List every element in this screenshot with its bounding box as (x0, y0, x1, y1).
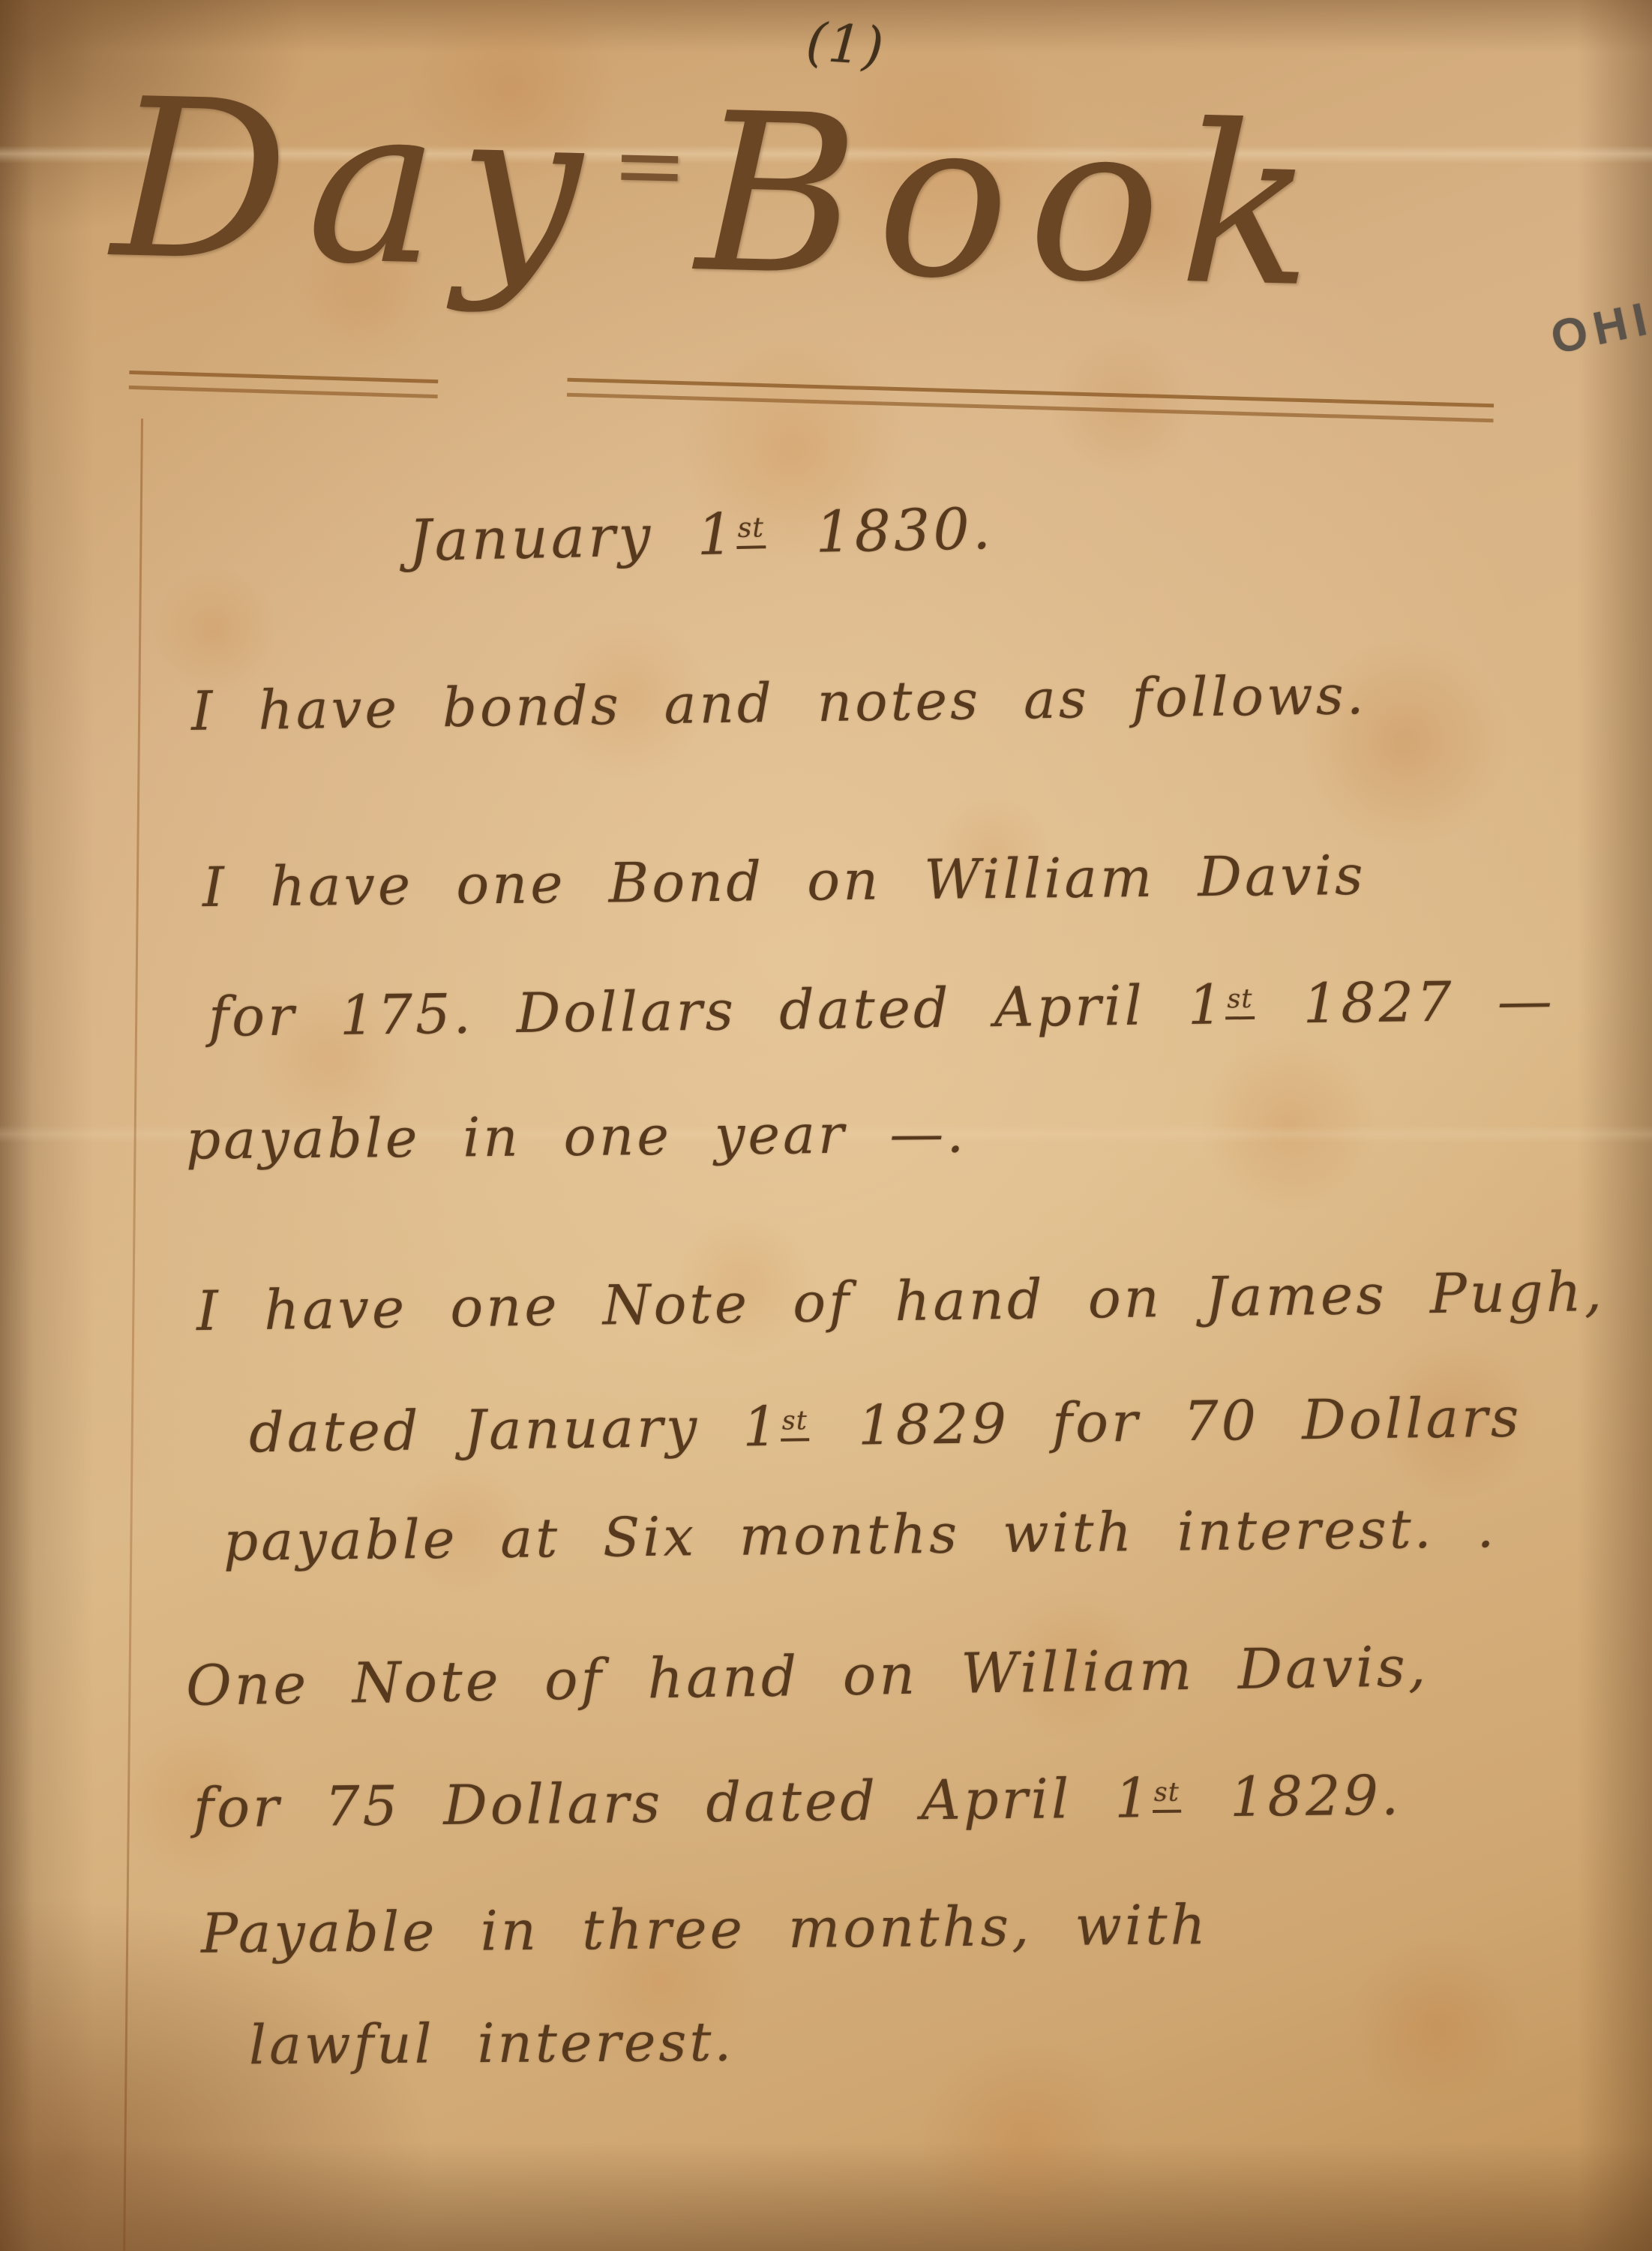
title-word-book: Book (694, 65, 1336, 336)
note-davis-line1: One Note of hand on William Davis, (185, 1634, 1429, 1718)
title-underline-right (567, 378, 1494, 423)
title-underline-left (129, 371, 439, 398)
bond-davis-line2: for 175. Dollars dated April 1st 1827 — (208, 969, 1556, 1049)
note-pugh-line2: dated January 1st 1829 for 70 Dollars (249, 1386, 1522, 1466)
note-pugh-line2-rest: 1829 for 70 Dollars (814, 1386, 1522, 1459)
note-davis-line2: for 75 Dollars dated April 1st 1829. (193, 1764, 1402, 1841)
note-pugh-line1: I have one Note of hand on James Pugh, (196, 1260, 1605, 1343)
note-pugh-line3: payable at Six months with interest. . (223, 1496, 1498, 1573)
title-word-day: Day (109, 51, 604, 318)
bond-davis-ordinal: st (1225, 983, 1255, 1019)
date-heading: January 1st 1830. (408, 495, 994, 574)
bond-davis-line1: I have one Bond on William Davis (202, 844, 1366, 920)
note-davis-line4: lawful interest. (249, 2010, 735, 2077)
intro-line: I have bonds and notes as follows. (190, 663, 1367, 743)
margin-rule-line (123, 419, 143, 2251)
bond-davis-line3: payable in one year —. (186, 1101, 967, 1171)
date-ordinal: st (736, 511, 766, 549)
note-pugh-ordinal: st (781, 1405, 810, 1441)
manuscript-page: (1) Day=Book OHI January 1st 1830. I hav… (0, 0, 1652, 2251)
corner-annotation-pencil: OHI (1546, 292, 1652, 365)
note-davis-line3: Payable in three months, with (201, 1893, 1209, 1966)
note-davis-ordinal: st (1153, 1777, 1182, 1813)
bond-davis-line2-year: 1827 — (1260, 969, 1555, 1037)
bond-davis-line2-text: for 175. Dollars dated April 1 (208, 973, 1226, 1049)
date-text: January 1 (408, 500, 737, 574)
title-separator: = (610, 113, 688, 218)
page-title: Day=Book (109, 51, 1336, 336)
note-davis-line2-text: for 75 Dollars dated April 1 (193, 1766, 1153, 1840)
date-year: 1830. (771, 495, 994, 566)
note-pugh-line2-text: dated January 1 (249, 1395, 781, 1466)
note-davis-line2-year: 1829. (1186, 1764, 1402, 1830)
